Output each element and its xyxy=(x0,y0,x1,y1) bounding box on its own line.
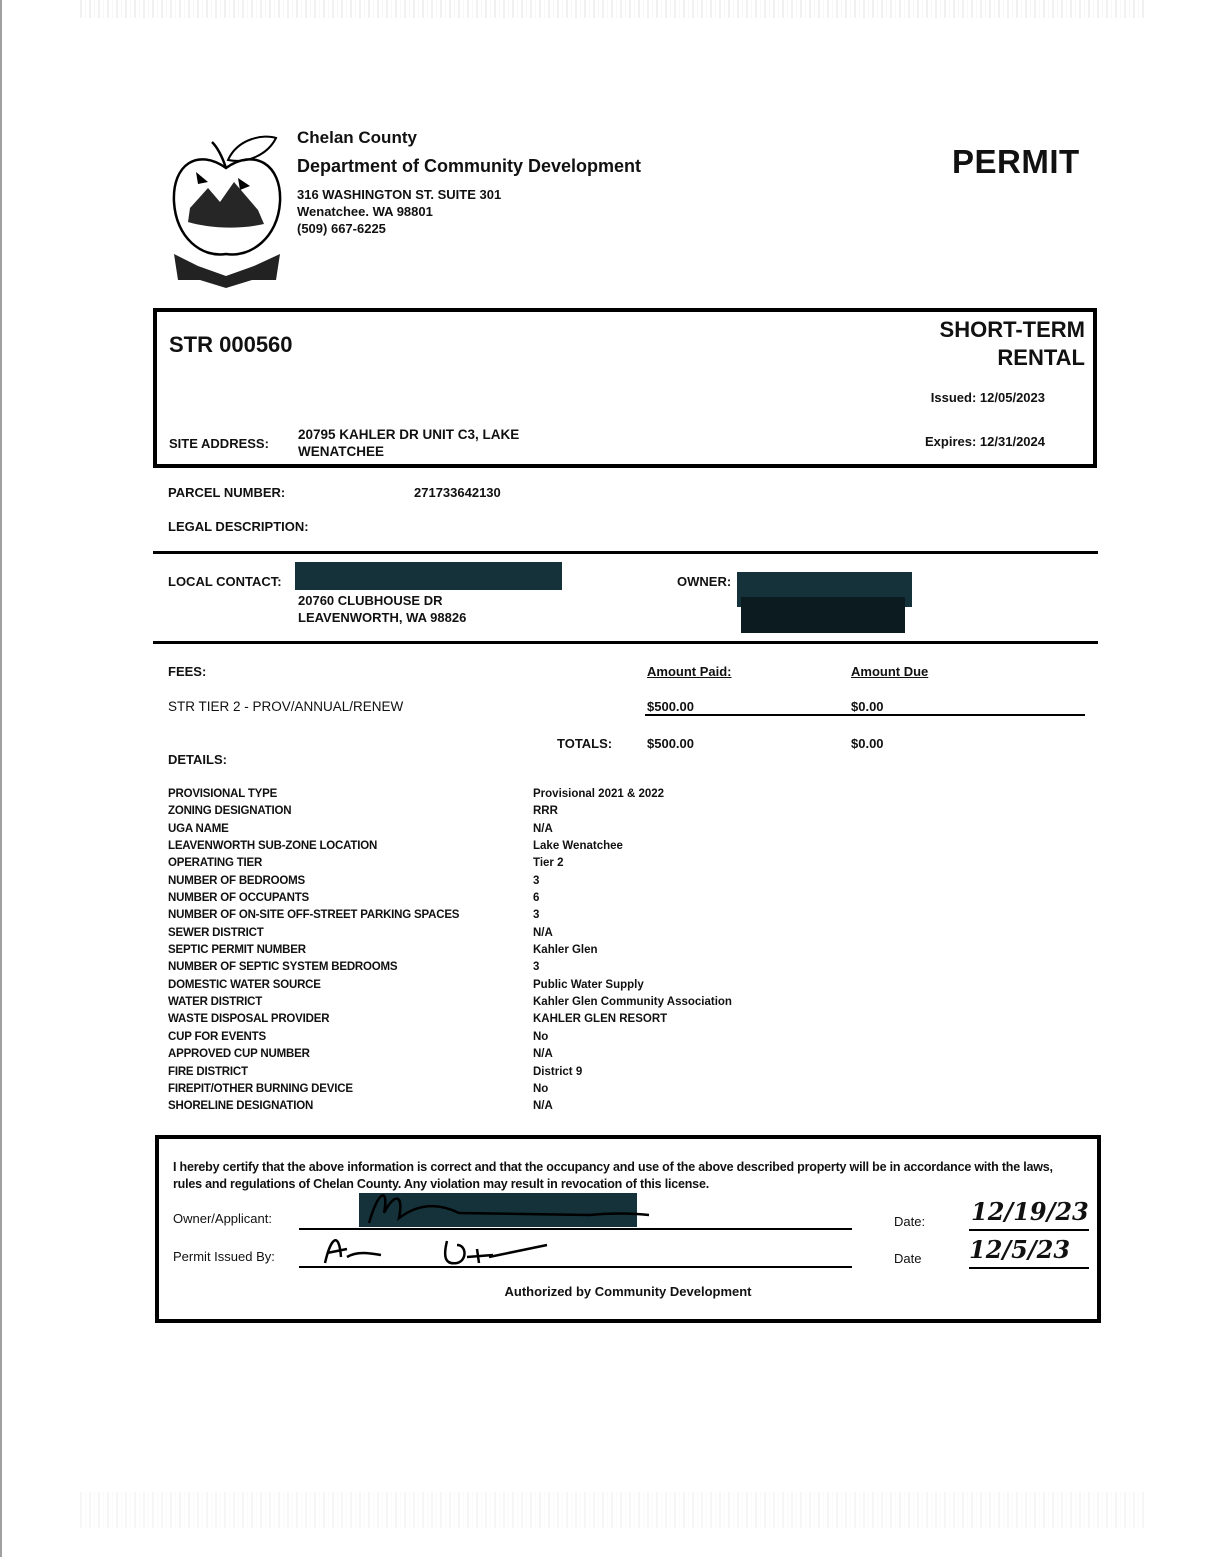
issued-label: Issued: xyxy=(931,390,977,405)
detail-row: NUMBER OF OCCUPANTS6 xyxy=(168,890,788,907)
detail-label: NUMBER OF ON-SITE OFF-STREET PARKING SPA… xyxy=(168,907,533,924)
detail-row: SHORELINE DESIGNATIONN/A xyxy=(168,1098,788,1115)
local-contact-address-line-1: 20760 CLUBHOUSE DR xyxy=(298,592,466,609)
detail-row: PROVISIONAL TYPEProvisional 2021 & 2022 xyxy=(168,786,788,803)
detail-value: Kahler Glen xyxy=(533,942,598,959)
detail-label: DOMESTIC WATER SOURCE xyxy=(168,977,533,994)
detail-row: WATER DISTRICTKahler Glen Community Asso… xyxy=(168,994,788,1011)
detail-row: SEWER DISTRICTN/A xyxy=(168,925,788,942)
detail-value: 3 xyxy=(533,959,539,976)
apple-seal-icon xyxy=(168,130,286,290)
details-header: DETAILS: xyxy=(168,752,227,767)
detail-label: FIREPIT/OTHER BURNING DEVICE xyxy=(168,1081,533,1098)
site-address-label: SITE ADDRESS: xyxy=(169,436,269,451)
detail-row: APPROVED CUP NUMBERN/A xyxy=(168,1046,788,1063)
detail-value: 6 xyxy=(533,890,539,907)
permit-number: STR 000560 xyxy=(169,332,293,358)
detail-value: N/A xyxy=(533,1098,553,1115)
detail-value: 3 xyxy=(533,907,539,924)
issuer-date: 12/5/23 xyxy=(969,1235,1070,1264)
permit-type-line-2: RENTAL xyxy=(940,344,1085,372)
address-line-1: 316 WASHINGTON ST. SUITE 301 xyxy=(297,186,501,203)
detail-label: SHORELINE DESIGNATION xyxy=(168,1098,533,1115)
detail-row: ZONING DESIGNATIONRRR xyxy=(168,803,788,820)
permit-summary-box: STR 000560 SHORT-TERM RENTAL Issued: 12/… xyxy=(153,308,1097,468)
site-address-value: 20795 KAHLER DR UNIT C3, LAKE WENATCHEE xyxy=(298,426,519,460)
permit-type: SHORT-TERM RENTAL xyxy=(940,316,1085,372)
issued-date: Issued: 12/05/2023 xyxy=(931,390,1045,405)
authorized-by: Authorized by Community Development xyxy=(159,1284,1097,1299)
detail-value: Public Water Supply xyxy=(533,977,644,994)
detail-value: No xyxy=(533,1029,548,1046)
detail-label: NUMBER OF OCCUPANTS xyxy=(168,890,533,907)
detail-value: Tier 2 xyxy=(533,855,563,872)
fees-header: FEES: xyxy=(168,664,206,679)
legal-description-label: LEGAL DESCRIPTION: xyxy=(168,519,309,534)
site-address-line-2: WENATCHEE xyxy=(298,443,519,460)
detail-label: FIRE DISTRICT xyxy=(168,1064,533,1081)
detail-value: 3 xyxy=(533,873,539,890)
detail-label: UGA NAME xyxy=(168,821,533,838)
owner-applicant-label: Owner/Applicant: xyxy=(173,1211,272,1226)
detail-value: N/A xyxy=(533,925,553,942)
detail-row: FIREPIT/OTHER BURNING DEVICENo xyxy=(168,1081,788,1098)
expires-label: Expires: xyxy=(925,434,976,449)
detail-value: N/A xyxy=(533,1046,553,1063)
divider xyxy=(153,641,1098,644)
issued-value: 12/05/2023 xyxy=(980,390,1045,405)
detail-label: WATER DISTRICT xyxy=(168,994,533,1011)
expires-date: Expires: 12/31/2024 xyxy=(925,434,1045,449)
detail-row: NUMBER OF BEDROOMS3 xyxy=(168,873,788,890)
issuer-signature-line xyxy=(299,1266,852,1268)
site-address-line-1: 20795 KAHLER DR UNIT C3, LAKE xyxy=(298,426,519,443)
detail-row: DOMESTIC WATER SOURCEPublic Water Supply xyxy=(168,977,788,994)
redacted-local-contact-name xyxy=(295,562,562,590)
detail-row: OPERATING TIERTier 2 xyxy=(168,855,788,872)
expires-value: 12/31/2024 xyxy=(980,434,1045,449)
scan-noise-top xyxy=(80,0,1147,18)
detail-value: Kahler Glen Community Association xyxy=(533,994,732,1011)
fee-item-name: STR TIER 2 - PROV/ANNUAL/RENEW xyxy=(168,699,403,714)
detail-label: CUP FOR EVENTS xyxy=(168,1029,533,1046)
owner-label: OWNER: xyxy=(677,574,731,589)
detail-value: N/A xyxy=(533,821,553,838)
detail-row: LEAVENWORTH SUB-ZONE LOCATIONLake Wenatc… xyxy=(168,838,788,855)
divider xyxy=(153,551,1098,554)
detail-label: PROVISIONAL TYPE xyxy=(168,786,533,803)
permit-issued-by-label: Permit Issued By: xyxy=(173,1249,275,1264)
redacted-owner-address xyxy=(741,597,905,633)
fee-item-due: $0.00 xyxy=(851,699,884,714)
detail-label: SEPTIC PERMIT NUMBER xyxy=(168,942,533,959)
detail-row: NUMBER OF SEPTIC SYSTEM BEDROOMS3 xyxy=(168,959,788,976)
local-contact-address: 20760 CLUBHOUSE DR LEAVENWORTH, WA 98826 xyxy=(298,592,466,626)
detail-value: KAHLER GLEN RESORT xyxy=(533,1011,667,1028)
amount-due-header: Amount Due xyxy=(851,664,928,679)
totals-due: $0.00 xyxy=(851,736,884,751)
detail-row: UGA NAMEN/A xyxy=(168,821,788,838)
fee-item-paid: $500.00 xyxy=(647,699,694,714)
detail-row: NUMBER OF ON-SITE OFF-STREET PARKING SPA… xyxy=(168,907,788,924)
owner-date-label: Date: xyxy=(894,1214,925,1229)
department-name: Department of Community Development xyxy=(297,156,641,177)
detail-row: CUP FOR EVENTSNo xyxy=(168,1029,788,1046)
permit-type-line-1: SHORT-TERM xyxy=(940,316,1085,344)
detail-label: ZONING DESIGNATION xyxy=(168,803,533,820)
amount-paid-header: Amount Paid: xyxy=(647,664,732,679)
detail-value: RRR xyxy=(533,803,558,820)
detail-value: District 9 xyxy=(533,1064,582,1081)
scan-edge xyxy=(0,0,2,1557)
local-contact-label: LOCAL CONTACT: xyxy=(168,574,282,589)
issuer-date-line xyxy=(969,1267,1089,1269)
local-contact-address-line-2: LEAVENWORTH, WA 98826 xyxy=(298,609,466,626)
detail-label: NUMBER OF SEPTIC SYSTEM BEDROOMS xyxy=(168,959,533,976)
address-line-2: Wenatchee. WA 98801 xyxy=(297,203,501,220)
detail-label: WASTE DISPOSAL PROVIDER xyxy=(168,1011,533,1028)
detail-value: Provisional 2021 & 2022 xyxy=(533,786,664,803)
details-list: PROVISIONAL TYPEProvisional 2021 & 2022Z… xyxy=(168,786,788,1116)
fees-subtotal-rule xyxy=(645,714,1085,716)
totals-paid: $500.00 xyxy=(647,736,694,751)
detail-label: LEAVENWORTH SUB-ZONE LOCATION xyxy=(168,838,533,855)
owner-signature xyxy=(359,1183,659,1233)
detail-label: OPERATING TIER xyxy=(168,855,533,872)
detail-label: APPROVED CUP NUMBER xyxy=(168,1046,533,1063)
scan-noise-bottom xyxy=(80,1492,1147,1528)
org-name: Chelan County xyxy=(297,128,417,148)
detail-value: Lake Wenatchee xyxy=(533,838,623,855)
issuer-date-label: Date xyxy=(894,1251,921,1266)
phone: (509) 667-6225 xyxy=(297,220,501,237)
certification-box: I hereby certify that the above informat… xyxy=(155,1135,1101,1323)
detail-row: WASTE DISPOSAL PROVIDERKAHLER GLEN RESOR… xyxy=(168,1011,788,1028)
parcel-number-value: 271733642130 xyxy=(414,485,501,500)
detail-value: No xyxy=(533,1081,548,1098)
document-title: PERMIT xyxy=(952,143,1080,181)
parcel-number-label: PARCEL NUMBER: xyxy=(168,485,285,500)
detail-label: SEWER DISTRICT xyxy=(168,925,533,942)
detail-row: FIRE DISTRICTDistrict 9 xyxy=(168,1064,788,1081)
detail-row: SEPTIC PERMIT NUMBERKahler Glen xyxy=(168,942,788,959)
detail-label: NUMBER OF BEDROOMS xyxy=(168,873,533,890)
owner-date-line xyxy=(969,1229,1089,1231)
org-address: 316 WASHINGTON ST. SUITE 301 Wenatchee. … xyxy=(297,186,501,237)
totals-label: TOTALS: xyxy=(557,736,612,751)
owner-date: 12/19/23 xyxy=(971,1197,1089,1226)
